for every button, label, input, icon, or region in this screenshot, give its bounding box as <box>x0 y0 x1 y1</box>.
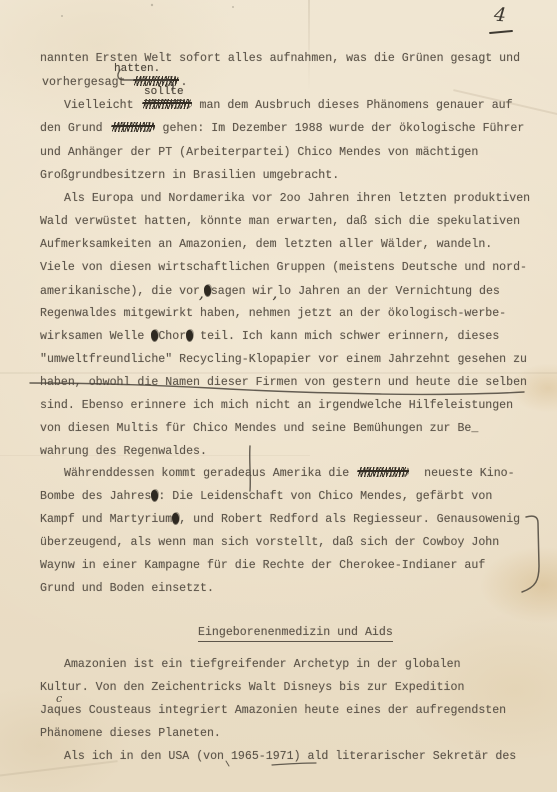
text-run: Phänomene dieses Planeten. <box>40 727 221 740</box>
text-run: amerikanische), die vor <box>40 285 200 298</box>
text-line: Amazonien ist ein tiefgreifender Archety… <box>64 658 461 672</box>
text-run: Aufmerksamkeiten an Amazonien, dem letzt… <box>40 238 492 251</box>
text-run: Wald verwüstet hatten, könnte man erwart… <box>40 215 520 228</box>
text-run: sind. Ebenso erinnere ich mich nicht an … <box>40 399 513 412</box>
dust-speck <box>151 4 153 6</box>
text-run: Großgrundbesitzern in Brasilien umgebrac… <box>40 169 339 182</box>
text-run: von diesen Multis für Chico Mendes und s… <box>40 422 478 435</box>
right-margin-bracket <box>522 516 539 592</box>
text-run: Währenddessen kommt gerade <box>64 467 245 480</box>
text-line: Waynw in einer Kampagne für die Rechte d… <box>40 559 485 573</box>
text-run: Bombe des Jahres <box>40 490 151 503</box>
text-run: Kultur. Von den Zeichentricks Walt Disne… <box>40 681 464 694</box>
text-run: haben, obwohl die Namen dieser Firmen vo… <box>40 376 527 389</box>
scribble-strikeout <box>141 99 193 109</box>
page-number-underline <box>489 30 513 34</box>
paper-crease <box>308 0 310 92</box>
text-run: nannten Ersten Welt sofort alles aufnahm… <box>40 52 520 65</box>
text-run: Chor <box>158 330 186 343</box>
scribble-strikeout <box>110 122 156 132</box>
typed-insertion: sollte <box>144 86 184 101</box>
text-line: Großgrundbesitzern in Brasilien umgebrac… <box>40 169 339 183</box>
text-line: Bombe des Jahres: Die Leidenschaft von C… <box>40 490 492 504</box>
text-line: von diesen Multis für Chico Mendes und s… <box>40 422 478 436</box>
text-line: Als ich in den USA (von 1965-1971) ald l… <box>64 750 516 764</box>
ink-blot <box>204 285 211 296</box>
text-line: den Grund gehen: Im Dezember 1988 wurde … <box>40 122 524 136</box>
text-run: wahrung des Regenwaldes. <box>40 445 207 458</box>
text-line: haben, obwohl die Namen dieser Firmen vo… <box>40 376 527 390</box>
text-line: Aufmerksamkeiten an Amazonien, dem letzt… <box>40 238 492 252</box>
typed-insertion: hatten. <box>114 63 160 75</box>
handwritten-comma: , <box>272 284 277 302</box>
text-run: neueste Kino- <box>410 467 514 480</box>
dust-speck <box>61 15 63 17</box>
paper-crease <box>0 372 557 374</box>
text-line: Wald verwüstet hatten, könnte man erwart… <box>40 215 520 229</box>
text-run: Regenwaldes mitgewirkt haben, nehmen jet… <box>40 307 506 320</box>
text-run: Jaques Cousteaus integriert Amazonien he… <box>40 704 506 717</box>
text-run: Amazonien ist ein tiefgreifender Archety… <box>64 658 461 671</box>
text-line: amerikanische), die vor,sagen wir,lo Jah… <box>40 284 500 299</box>
handwritten-comma: , <box>199 284 204 302</box>
text-run: : Die Leidenschaft von Chico Mendes, gef… <box>158 490 492 503</box>
text-run: den Grund <box>40 122 110 135</box>
text-line: Kultur. Von den Zeichentricks Walt Disne… <box>40 681 464 695</box>
pencil-annotations <box>0 0 557 792</box>
text-run: vorhergesagt <box>42 76 132 89</box>
dust-speck <box>232 6 234 8</box>
text-run: teil. Ich kann mich schwer erinnern, die… <box>193 330 499 343</box>
text-run: und Anhänger der PT (Arbeiterpartei) Chi… <box>40 146 478 159</box>
text-line: Grund und Boden einsetzt. <box>40 582 214 596</box>
text-line: Viele von diesen wirtschaftlichen Gruppe… <box>40 261 527 275</box>
scribble-strikeout <box>133 76 181 86</box>
text-line: Kampf und Martyrium, und Robert Redford … <box>40 513 520 527</box>
text-line: Phänomene dieses Planeten. <box>40 727 221 741</box>
section-heading: Eingeborenenmedizin und Aids <box>198 626 393 640</box>
text-run: Waynw in einer Kampagne für die Rechte d… <box>40 559 485 572</box>
text-run: Grund und Boden einsetzt. <box>40 582 214 595</box>
text-run: aus Amerika die <box>245 467 356 480</box>
text-run: c <box>56 692 62 705</box>
text-line: sind. Ebenso erinnere ich mich nicht an … <box>40 399 513 413</box>
page-number: 4 <box>493 4 507 27</box>
text-line: Jaques Cousteaus integriert Amazonien he… <box>40 704 506 718</box>
text-line: Regenwaldes mitgewirkt haben, nehmen jet… <box>40 307 506 321</box>
text-run: überzeugend, als wenn man sich vorstellt… <box>40 536 499 549</box>
text-line: nannten Ersten Welt sofort alles aufnahm… <box>40 52 520 66</box>
text-run: Viele von diesen wirtschaftlichen Gruppe… <box>40 261 527 274</box>
text-run: , und Robert Redford als Regiesseur. Gen… <box>179 513 520 526</box>
text-run: Als ich in den USA (von 1965-1971) ald l… <box>64 750 516 763</box>
handwritten-insert-c: c <box>56 693 62 704</box>
text-line: Vielleicht man dem Ausbruch dieses Phäno… <box>64 99 513 113</box>
text-line: "umweltfreundliche" Recycling-Klopapier … <box>40 353 527 367</box>
text-run: lo Jahren an der Vernichtung des <box>277 285 500 298</box>
text-run: "umweltfreundliche" Recycling-Klopapier … <box>40 353 527 366</box>
text-line: wirksamen Welle Chor teil. Ich kann mich… <box>40 330 499 344</box>
scanned-typewritten-page: 4 nannten Ersten Welt sofort alles aufna… <box>0 0 557 792</box>
text-run: Als Europa und Nordamerika vor 2oo Jahre… <box>64 192 530 205</box>
text-line: wahrung des Regenwaldes. <box>40 445 207 459</box>
scribble-strikeout <box>356 467 410 477</box>
text-run: Eingeborenenmedizin und Aids <box>198 626 393 642</box>
text-line: Währenddessen kommt geradeaus Amerika di… <box>64 467 515 481</box>
text-run: Vielleicht <box>64 99 141 112</box>
text-line: überzeugend, als wenn man sich vorstellt… <box>40 536 499 550</box>
text-run: wirksamen Welle <box>40 330 151 343</box>
text-run: gehen: Im Dezember 1988 wurde der ökolog… <box>156 122 525 135</box>
text-line: Als Europa und Nordamerika vor 2oo Jahre… <box>64 192 530 206</box>
text-run: sagen wir <box>211 285 274 298</box>
text-line: und Anhänger der PT (Arbeiterpartei) Chi… <box>40 146 478 160</box>
text-run: Kampf und Martyrium <box>40 513 172 526</box>
text-run: man dem Ausbruch dieses Phänomens genaue… <box>193 99 513 112</box>
